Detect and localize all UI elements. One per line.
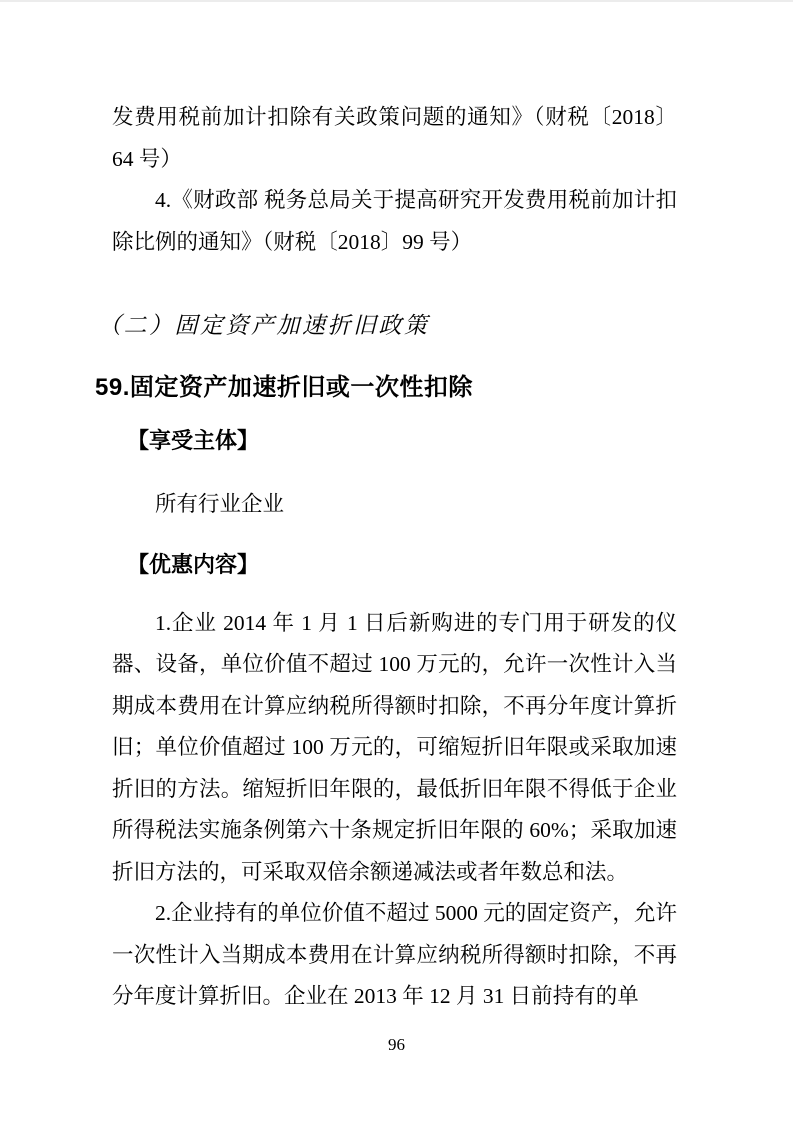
label-beneficiary: 【享受主体】 [127,420,677,462]
beneficiary-text: 所有行业企业 [112,484,677,526]
page-number: 96 [0,1035,793,1055]
label-benefit-content: 【优惠内容】 [127,544,677,586]
benefit-paragraph-2: 2.企业持有的单位价值不超过 5000 元的固定资产，允许一次性计入当期成本费用… [112,893,677,1018]
item-heading-59: 59.固定资产加速折旧或一次性扣除 [95,367,677,409]
benefit-paragraph-1: 1.企业 2014 年 1 月 1 日后新购进的专门用于研发的仪器、设备，单位价… [112,603,677,894]
section-heading-accelerated-depreciation: （二）固定资产加速折旧政策 [98,305,677,347]
document-content: 发费用税前加计扣除有关政策问题的通知》（财税〔2018〕64 号） 4.《财政部… [112,97,677,1018]
paragraph-notice-continuation: 发费用税前加计扣除有关政策问题的通知》（财税〔2018〕64 号） [112,97,677,180]
paragraph-reference-item-4: 4.《财政部 税务总局关于提高研究开发费用税前加计扣除比例的通知》（财税〔201… [112,180,677,263]
document-page: 发费用税前加计扣除有关政策问题的通知》（财税〔2018〕64 号） 4.《财政部… [0,0,793,1122]
